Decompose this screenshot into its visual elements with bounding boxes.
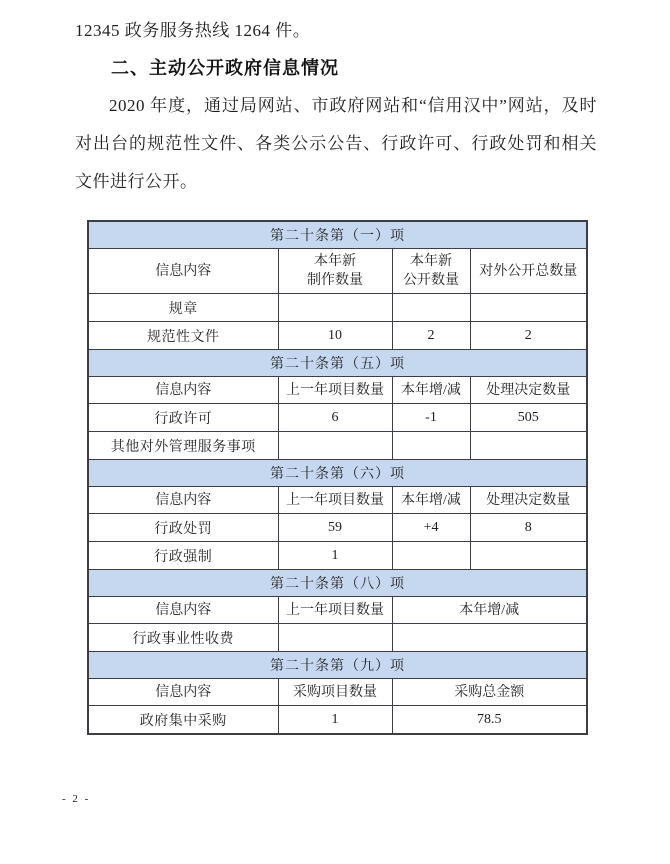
cell-value: 6 [278, 404, 392, 432]
document-content: 12345 政务服务热线 1264 件。 二、主动公开政府信息情况 2020 年… [0, 0, 670, 735]
cell-value [278, 624, 392, 652]
col-header-total-public: 对外公开总数量 [470, 249, 587, 294]
section-title-row: 第二十条第（八）项 [88, 570, 587, 597]
row-label: 行政许可 [88, 404, 278, 432]
table-row: 规范性文件 10 2 2 [88, 322, 587, 350]
disclosure-table: 第二十条第（一）项 信息内容 本年新 制作数量 本年新 公开数量 对外公开总数量… [87, 220, 588, 735]
carryover-text-line: 12345 政务服务热线 1264 件。 [75, 12, 597, 50]
cell-value [470, 432, 587, 460]
col-header-year-change: 本年增/减 [392, 487, 470, 514]
section-title: 第二十条第（五）项 [88, 350, 587, 377]
section-title-row: 第二十条第（一）项 [88, 221, 587, 249]
col-header-prev-year-count: 上一年项目数量 [278, 487, 392, 514]
cell-value [392, 624, 587, 652]
cell-value: 1 [278, 542, 392, 570]
table-row: 其他对外管理服务事项 [88, 432, 587, 460]
cell-value [470, 294, 587, 322]
cell-value: +4 [392, 514, 470, 542]
section-title: 第二十条第（一）项 [88, 221, 587, 249]
col-header-info-content: 信息内容 [88, 487, 278, 514]
cell-value: 2 [392, 322, 470, 350]
col-header-new-created: 本年新 制作数量 [278, 249, 392, 294]
column-header-row: 信息内容 本年新 制作数量 本年新 公开数量 对外公开总数量 [88, 249, 587, 294]
document-page: 12345 政务服务热线 1264 件。 二、主动公开政府信息情况 2020 年… [0, 0, 670, 864]
section-title: 第二十条第（九）项 [88, 652, 587, 679]
cell-value [392, 294, 470, 322]
cell-value [278, 432, 392, 460]
cell-value: 505 [470, 404, 587, 432]
cell-value: -1 [392, 404, 470, 432]
col-header-year-change: 本年增/减 [392, 597, 587, 624]
col-header-year-change: 本年增/减 [392, 377, 470, 404]
section-title: 第二十条第（八）项 [88, 570, 587, 597]
table-row: 规章 [88, 294, 587, 322]
cell-value: 59 [278, 514, 392, 542]
column-header-row: 信息内容 上一年项目数量 本年增/减 处理决定数量 [88, 377, 587, 404]
col-header-new-published: 本年新 公开数量 [392, 249, 470, 294]
cell-value: 10 [278, 322, 392, 350]
column-header-row: 信息内容 采购项目数量 采购总金额 [88, 679, 587, 706]
row-label: 其他对外管理服务事项 [88, 432, 278, 460]
row-label: 行政处罚 [88, 514, 278, 542]
page-number: - 2 - [62, 793, 90, 805]
section-title: 第二十条第（六）项 [88, 460, 587, 487]
table-row: 行政事业性收费 [88, 624, 587, 652]
row-label: 行政事业性收费 [88, 624, 278, 652]
section-title-row: 第二十条第（九）项 [88, 652, 587, 679]
section-title-row: 第二十条第（五）项 [88, 350, 587, 377]
cell-value [392, 542, 470, 570]
cell-value: 2 [470, 322, 587, 350]
cell-value: 78.5 [392, 706, 587, 735]
col-header-decision-count: 处理决定数量 [470, 377, 587, 404]
cell-value [278, 294, 392, 322]
col-header-info-content: 信息内容 [88, 249, 278, 294]
col-header-decision-count: 处理决定数量 [470, 487, 587, 514]
row-label: 规章 [88, 294, 278, 322]
row-label: 政府集中采购 [88, 706, 278, 735]
col-header-procurement-count: 采购项目数量 [278, 679, 392, 706]
col-header-prev-year-count: 上一年项目数量 [278, 377, 392, 404]
col-header-info-content: 信息内容 [88, 597, 278, 624]
table-row: 政府集中采购 1 78.5 [88, 706, 587, 735]
cell-value: 1 [278, 706, 392, 735]
row-label: 规范性文件 [88, 322, 278, 350]
cell-value [392, 432, 470, 460]
section-heading: 二、主动公开政府信息情况 [75, 50, 597, 87]
table-row: 行政处罚 59 +4 8 [88, 514, 587, 542]
column-header-row: 信息内容 上一年项目数量 本年增/减 处理决定数量 [88, 487, 587, 514]
table-row: 行政强制 1 [88, 542, 587, 570]
col-header-procurement-total: 采购总金额 [392, 679, 587, 706]
table-row: 行政许可 6 -1 505 [88, 404, 587, 432]
cell-value: 8 [470, 514, 587, 542]
row-label: 行政强制 [88, 542, 278, 570]
col-header-info-content: 信息内容 [88, 377, 278, 404]
intro-paragraph: 2020 年度，通过局网站、市政府网站和“信用汉中”网站，及时对出台的规范性文件… [75, 87, 597, 201]
cell-value [470, 542, 587, 570]
section-title-row: 第二十条第（六）项 [88, 460, 587, 487]
column-header-row: 信息内容 上一年项目数量 本年增/减 [88, 597, 587, 624]
col-header-prev-year-count: 上一年项目数量 [278, 597, 392, 624]
col-header-info-content: 信息内容 [88, 679, 278, 706]
